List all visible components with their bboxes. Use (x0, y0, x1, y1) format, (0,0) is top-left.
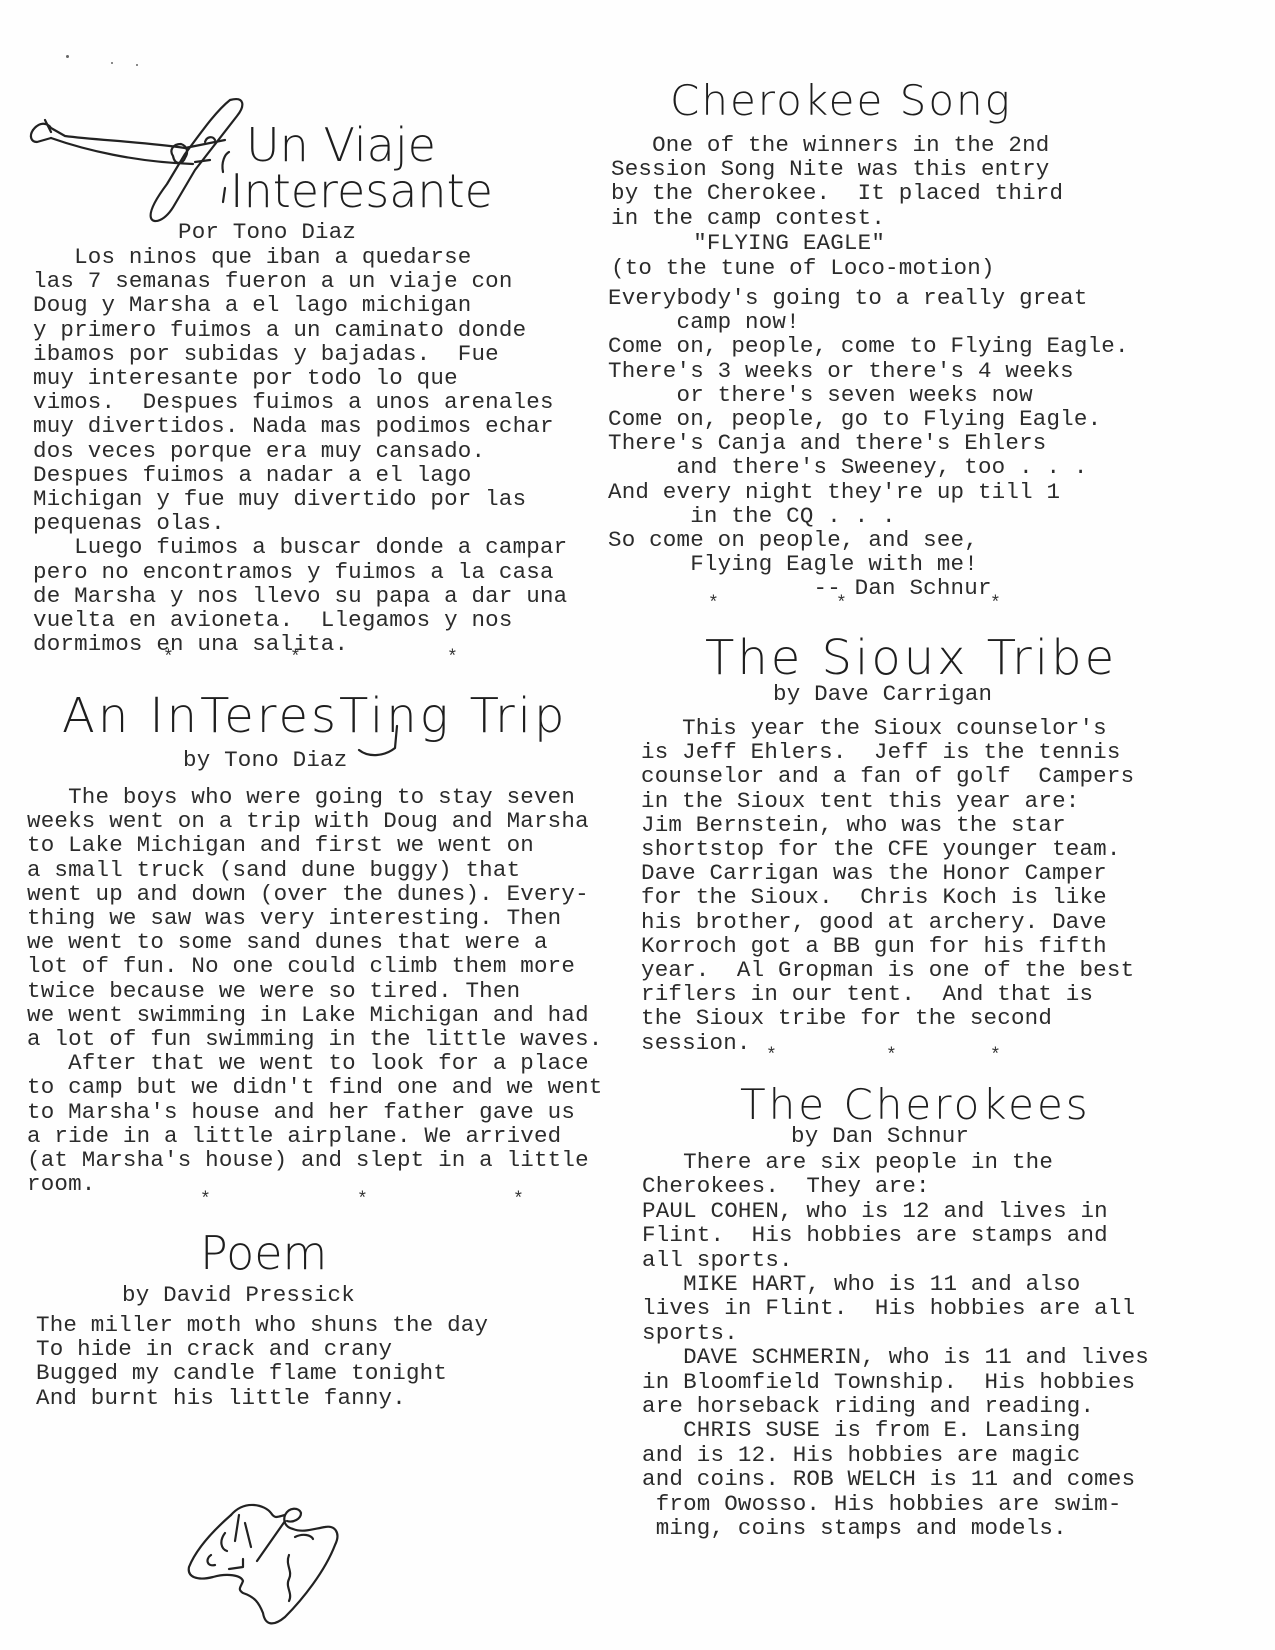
newsletter-page: Un Viaje Interesante Por Tono Diaz Los n… (0, 0, 1275, 1650)
cherokees-byline: by Dan Schnur (791, 1124, 969, 1148)
body-line: Despues fuimos a nadar a el lago (33, 463, 567, 487)
body-line: is Jeff Ehlers. Jeff is the tennis (641, 740, 1134, 764)
poem-line: To hide in crack and crany (36, 1337, 488, 1361)
body-line: pequenas olas. (33, 511, 567, 535)
body-line: Los ninos que iban a quedarse (33, 245, 567, 269)
body-line: in the camp contest. (611, 206, 1063, 230)
body-line: counselor and a fan of golf Campers (641, 764, 1134, 788)
article-title-line2: Interesante (230, 166, 493, 216)
scan-speck (111, 62, 113, 64)
lyric-line: or there's seven weeks now (608, 383, 1129, 407)
article-body: The boys who were going to stay sevenwee… (27, 785, 603, 1196)
body-line: vuelta en avioneta. Llegamos y nos (33, 608, 567, 632)
scan-speck (66, 55, 69, 58)
body-line: all sports. (642, 1248, 1149, 1272)
song-tune: (to the tune of Loco-motion) (611, 256, 995, 280)
body-line: to camp but we didn't find one and we we… (27, 1075, 603, 1099)
sioux-article-title: The Sioux Tribe (705, 632, 1117, 684)
body-line: and coins. ROB WELCH is 11 and comes (642, 1467, 1149, 1491)
poem-byline: by David Pressick (122, 1283, 355, 1307)
body-line: The boys who were going to stay seven (27, 785, 603, 809)
body-line: to Marsha's house and her father gave us (27, 1100, 603, 1124)
body-line: Dave Carrigan was the Honor Camper (641, 861, 1134, 885)
body-line: thing we saw was very interesting. Then (27, 906, 603, 930)
body-line: This year the Sioux counselor's (641, 716, 1134, 740)
article-byline: Por Tono Diaz (178, 220, 356, 244)
body-line: Flint. His hobbies are stamps and (642, 1223, 1149, 1247)
body-line: muy divertidos. Nada mas podimos echar (33, 414, 567, 438)
airplane-doodle-icon (25, 92, 265, 232)
butterfly-doodle-icon (185, 1485, 345, 1635)
lyric-line: Come on, people, go to Flying Eagle. (608, 407, 1129, 431)
body-line: year. Al Gropman is one of the best (641, 958, 1134, 982)
lyric-line: Everybody's going to a really great (608, 286, 1129, 310)
body-line: a small truck (sand dune buggy) that (27, 858, 603, 882)
body-line: One of the winners in the 2nd (611, 133, 1063, 157)
body-line: we went to some sand dunes that were a (27, 930, 603, 954)
song-lyrics: Everybody's going to a really great camp… (608, 286, 1129, 601)
body-line: his brother, good at archery. Dave (641, 910, 1134, 934)
body-line: we went swimming in Lake Michigan and ha… (27, 1003, 603, 1027)
body-line: DAVE SCHMERIN, who is 11 and lives (642, 1345, 1149, 1369)
body-line: las 7 semanas fueron a un viaje con (33, 269, 567, 293)
lyric-line: So come on people, and see, (608, 528, 1129, 552)
article-byline: by Tono Diaz (183, 748, 347, 772)
body-line: y primero fuimos a un caminato donde (33, 318, 567, 342)
body-line: in the Sioux tent this year are: (641, 789, 1134, 813)
body-line: from Owosso. His hobbies are swim- (642, 1492, 1149, 1516)
body-line: After that we went to look for a place (27, 1051, 603, 1075)
lyric-line: There's Canja and there's Ehlers (608, 431, 1129, 455)
body-line: PAUL COHEN, who is 12 and lives in (642, 1199, 1149, 1223)
body-line: Jim Bernstein, who was the star (641, 813, 1134, 837)
body-line: a lot of fun swimming in the little wave… (27, 1027, 603, 1051)
body-line: ibamos por subidas y bajadas. Fue (33, 342, 567, 366)
scan-speck (136, 64, 138, 66)
body-line: riflers in our tent. And that is (641, 982, 1134, 1006)
body-line: a ride in a little airplane. We arrived (27, 1124, 603, 1148)
article-title: An InTeresTing Trip (62, 690, 567, 742)
body-line: shortstop for the CFE younger team. (641, 837, 1134, 861)
song-intro: One of the winners in the 2ndSession Son… (611, 133, 1063, 230)
body-line: pero no encontramos y fuimos a la casa (33, 560, 567, 584)
body-line: twice because we were so tired. Then (27, 979, 603, 1003)
body-line: There are six people in the (642, 1150, 1149, 1174)
song-article-title: Cherokee Song (670, 78, 1012, 124)
article-title-line1: Un Viaje (246, 120, 436, 170)
body-line: muy interesante por todo lo que (33, 366, 567, 390)
lyric-line: in the CQ . . . (608, 504, 1129, 528)
lyric-line: -- Dan Schnur (608, 576, 1129, 600)
body-line: de Marsha y nos llevo su papa a dar una (33, 584, 567, 608)
body-line: Korroch got a BB gun for his fifth (641, 934, 1134, 958)
lyric-line: And every night they're up till 1 (608, 480, 1129, 504)
underline-swoosh-icon (355, 720, 405, 760)
lyric-line: camp now! (608, 310, 1129, 334)
lyric-line: Come on, people, come to Flying Eagle. (608, 334, 1129, 358)
cherokees-article-title: The Cherokees (740, 1082, 1091, 1128)
poem-body: The miller moth who shuns the dayTo hide… (36, 1313, 488, 1410)
body-line: (at Marsha's house) and slept in a littl… (27, 1148, 603, 1172)
lyric-line: There's 3 weeks or there's 4 weeks (608, 359, 1129, 383)
poem-line: Bugged my candle flame tonight (36, 1361, 488, 1385)
body-line: lot of fun. No one could climb them more (27, 954, 603, 978)
body-line: went up and down (over the dunes). Every… (27, 882, 603, 906)
sioux-body: This year the Sioux counselor'sis Jeff E… (641, 716, 1134, 1055)
body-line: CHRIS SUSE is from E. Lansing (642, 1418, 1149, 1442)
body-line: to Lake Michigan and first we went on (27, 833, 603, 857)
body-line: sports. (642, 1321, 1149, 1345)
body-line: for the Sioux. Chris Koch is like (641, 885, 1134, 909)
body-line: weeks went on a trip with Doug and Marsh… (27, 809, 603, 833)
song-title: "FLYING EAGLE" (611, 231, 885, 255)
poem-line: The miller moth who shuns the day (36, 1313, 488, 1337)
body-line: MIKE HART, who is 11 and also (642, 1272, 1149, 1296)
sioux-byline: by Dave Carrigan (773, 682, 992, 706)
body-line: Cherokees. They are: (642, 1174, 1149, 1198)
body-line: ming, coins stamps and models. (642, 1516, 1149, 1540)
body-line: the Sioux tribe for the second (641, 1006, 1134, 1030)
lyric-line: Flying Eagle with me! (608, 552, 1129, 576)
body-line: vimos. Despues fuimos a unos arenales (33, 390, 567, 414)
body-line: and is 12. His hobbies are magic (642, 1443, 1149, 1467)
body-line: in Bloomfield Township. His hobbies (642, 1370, 1149, 1394)
body-line: dos veces porque era muy cansado. (33, 439, 567, 463)
body-line: lives in Flint. His hobbies are all (642, 1296, 1149, 1320)
poem-title: Poem (200, 1228, 327, 1278)
body-line: by the Cherokee. It placed third (611, 181, 1063, 205)
body-line: are horseback riding and reading. (642, 1394, 1149, 1418)
body-line: Luego fuimos a buscar donde a campar (33, 535, 567, 559)
body-line: Michigan y fue muy divertido por las (33, 487, 567, 511)
cherokees-body: There are six people in theCherokees. Th… (642, 1150, 1149, 1541)
lyric-line: and there's Sweeney, too . . . (608, 455, 1129, 479)
article-body: Los ninos que iban a quedarselas 7 seman… (33, 245, 567, 656)
poem-line: And burnt his little fanny. (36, 1386, 488, 1410)
body-line: Session Song Nite was this entry (611, 157, 1063, 181)
body-line: Doug y Marsha a el lago michigan (33, 293, 567, 317)
